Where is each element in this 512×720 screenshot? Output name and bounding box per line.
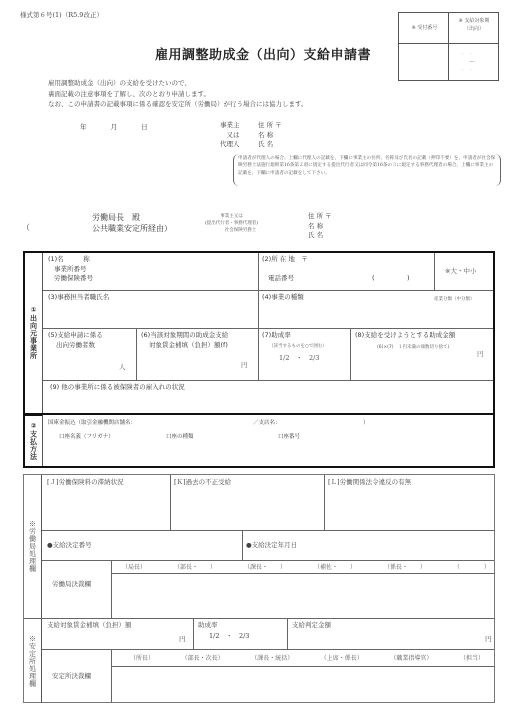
office-rate-options[interactable]: 1/2 ・ 2/3 xyxy=(209,632,249,642)
decided-amount-field[interactable]: 支給判定金額 xyxy=(292,621,331,631)
agent-label: (提出代行者・事務代理者) xyxy=(205,220,258,227)
approval-role: （部長・ ） xyxy=(174,562,216,571)
business-type-field[interactable]: (4)事業の種類 xyxy=(262,293,304,303)
page-title: 雇用調整助成金（出向）支給申請書 xyxy=(155,44,371,63)
employment-office-approval-roles: （所長） （部長・次長） （課長・統括） （上席・係長） （職業指導官） （担当… xyxy=(112,653,494,662)
year-label: 年 xyxy=(80,123,87,131)
phone-label: 電話番号 xyxy=(268,274,294,284)
section-label-payment: ②支払方法 xyxy=(25,414,43,466)
approval-role: （課長・統括） xyxy=(251,653,293,662)
bank-name-field[interactable]: 国庫金振込（取引金融機関店舗名： xyxy=(48,419,136,429)
field-label: 対象賃金補填（負担）額(f) xyxy=(141,341,228,351)
labor-bureau-approval-label: 労働局決裁欄 xyxy=(52,580,91,590)
grant-amount-field[interactable]: (8)支給を受けようとする助成金額 xyxy=(355,331,455,341)
applicant-labels: 事業主 又は 代理人 xyxy=(220,121,240,150)
approval-role: （補佐・ ） xyxy=(314,562,356,571)
month-label: 月 xyxy=(111,123,118,131)
account-type-field[interactable]: 口座の種類 xyxy=(166,433,194,443)
other-hiring-field[interactable]: (9) 他の事業所に係る被保険者の雇入れの状況 xyxy=(50,383,185,393)
office-use-section: ※労働局処理欄 ※安定所処理欄 [Ｊ]労働保険料の滞納状況 [Ｋ]過去の不正受給… xyxy=(23,474,495,703)
labor-bureau-approval-roles: （局長） （部長・ ） （課長・ ） （補佐・ ） （係長・ ） （ ） xyxy=(112,562,494,571)
field-label: (6)当該対象期間の助成金支給 xyxy=(141,331,228,341)
grant-rate-note: （該当するものを○で囲む） xyxy=(269,342,327,352)
addressee-line: 公共職業安定所経由） xyxy=(92,223,172,234)
agent-labels: 事業主又は (提出代行者・事務代理者) 社会保険労務士 xyxy=(205,213,258,234)
unit-yen: 円 xyxy=(485,635,492,645)
period-dot: · · xyxy=(462,66,472,73)
company-size-select[interactable]: ※大・中小 xyxy=(445,267,476,277)
office-name-field[interactable]: (1)名 称 事業所番号 労働保険番号 xyxy=(48,255,93,284)
field-label: (5)支給申請に係る xyxy=(48,331,103,341)
agent-address-field[interactable]: 住 所 〒 xyxy=(308,212,332,222)
approval-role: （部長・次長） xyxy=(182,653,224,662)
field-label: 出向労働者数 xyxy=(48,341,103,351)
reception-stamp-box: ※ 受付番号 ※ 支給対象期 （出向） ～ · · · · xyxy=(398,12,499,81)
intro-line: なお、この申請書の記載事項に係る確認を安定所（労働局）が行う場合には協力します。 xyxy=(48,99,307,110)
agent-fields[interactable]: 住 所 〒 名 称 氏 名 xyxy=(308,212,332,241)
approval-role: （上席・係長） xyxy=(321,653,363,662)
unit-yen: 円 xyxy=(477,350,484,360)
account-holder-field[interactable]: 口座名義（フリガナ） xyxy=(59,433,114,443)
grant-rate-options[interactable]: 1/2 ・ 2/3 xyxy=(279,354,319,364)
agent-note: 申請者が代理人の場合、上欄に代理人の記載を、下欄に事業主の住所、名称及び氏名の記… xyxy=(233,154,501,186)
applicant-label: 又は xyxy=(220,131,240,141)
agent-label: 社会保険労務士 xyxy=(205,227,258,234)
decision-date-field[interactable]: ●支給決定年月日 xyxy=(246,541,297,551)
section-label-office: ①出向元事業所 xyxy=(25,253,43,413)
payment-period-label: ※ 支給対象期 （出向） xyxy=(450,17,498,33)
intro-line: 裏面記載の注意事項を了解し、次のとおり申請します。 xyxy=(48,89,307,100)
close-paren: ） xyxy=(363,419,369,429)
office-location-field[interactable]: (2)所 在 地 〒 xyxy=(262,255,308,265)
insurance-arrears-field[interactable]: [Ｊ]労働保険料の滞納状況 xyxy=(47,478,124,488)
labor-law-violation-field[interactable]: [Ｌ]労働関係法令違反の有無 xyxy=(328,478,411,488)
agent-person-field[interactable]: 氏 名 xyxy=(308,231,332,241)
branch-name-field[interactable]: ／支店名： xyxy=(253,419,281,429)
applicant-fields[interactable]: 住 所 〒 名 称 氏 名 xyxy=(258,121,282,150)
applicant-name-field[interactable]: 名 称 xyxy=(258,131,282,141)
applicant-label: 事業主 xyxy=(220,121,240,131)
approval-role: （担当） xyxy=(460,653,484,662)
field-label: 事業所番号 xyxy=(48,265,93,275)
intro-text: 雇用調整助成金（出向）の支給を受けたいので、 裏面記載の注意事項を了解し、次のと… xyxy=(48,78,307,110)
period-separator: ～ xyxy=(469,57,475,66)
unit-persons: 人 xyxy=(119,363,126,373)
industry-class-note: 産業分類（中分類） xyxy=(434,295,475,305)
addressee: 労働局長 殿 公共職業安定所経由） xyxy=(92,212,172,234)
reception-number-label: ※ 受付番号 xyxy=(401,24,448,31)
approval-role: （所長） xyxy=(130,653,154,662)
field-label: (1)名 称 xyxy=(48,255,93,265)
account-number-field[interactable]: 口座番号 xyxy=(278,433,300,443)
grant-amount-note: (6)×(7) １円未満の端数切り捨て) xyxy=(377,343,449,353)
agent-label: 事業主又は xyxy=(205,213,258,220)
decision-number-field[interactable]: ●支給決定番号 xyxy=(47,541,92,551)
office-rate-label: 助成率 xyxy=(198,621,218,631)
application-date[interactable]: 年 月 日 xyxy=(80,122,148,131)
phone-field[interactable]: ( ) xyxy=(372,274,410,284)
approval-role: （局長） xyxy=(122,562,146,571)
period-dot: · · xyxy=(462,50,472,57)
wage-amount-office-field[interactable]: 支給対象賃金補填（負担）額 xyxy=(47,621,132,631)
applicant-office-section: ①出向元事業所 ②支払方法 (1)名 称 事業所番号 労働保険番号 (2)所 在… xyxy=(23,251,495,468)
intro-line: 雇用調整助成金（出向）の支給を受けたいので、 xyxy=(48,78,307,89)
agent-name-field[interactable]: 名 称 xyxy=(308,222,332,232)
field-label: 労働保険番号 xyxy=(48,274,93,284)
approval-role: （職業指導官） xyxy=(390,653,432,662)
wage-amount-field[interactable]: (6)当該対象期間の助成金支給 対象賃金補填（負担）額(f) xyxy=(141,331,228,350)
section-label-employment-office: ※安定所処理欄 xyxy=(24,618,42,703)
applicant-person-field[interactable]: 氏 名 xyxy=(258,140,282,150)
past-fraud-field[interactable]: [Ｋ]過去の不正受給 xyxy=(174,478,231,488)
open-paren: （ xyxy=(22,222,30,233)
applicant-address-field[interactable]: 住 所 〒 xyxy=(258,121,282,131)
workers-count-field[interactable]: (5)支給申請に係る 出向労働者数 xyxy=(48,331,103,350)
employment-office-approval-label: 安定所決裁欄 xyxy=(52,672,91,682)
applicant-label: 代理人 xyxy=(220,140,240,150)
approval-role: （ ） xyxy=(454,562,490,571)
unit-yen: 円 xyxy=(241,361,248,371)
approval-role: （課長・ ） xyxy=(244,562,286,571)
approval-role: （係長・ ） xyxy=(384,562,426,571)
form-number: 様式第６号(1)（R5.9改正） xyxy=(20,10,103,19)
grant-rate-field: (7)助成率 xyxy=(262,331,291,341)
unit-yen: 円 xyxy=(179,635,186,645)
day-label: 日 xyxy=(141,123,148,131)
manager-name-field[interactable]: (3)事務担当者職氏名 xyxy=(48,293,109,303)
section-label-labor-bureau: ※労働局処理欄 xyxy=(24,475,42,618)
addressee-line: 労働局長 殿 xyxy=(92,212,172,223)
